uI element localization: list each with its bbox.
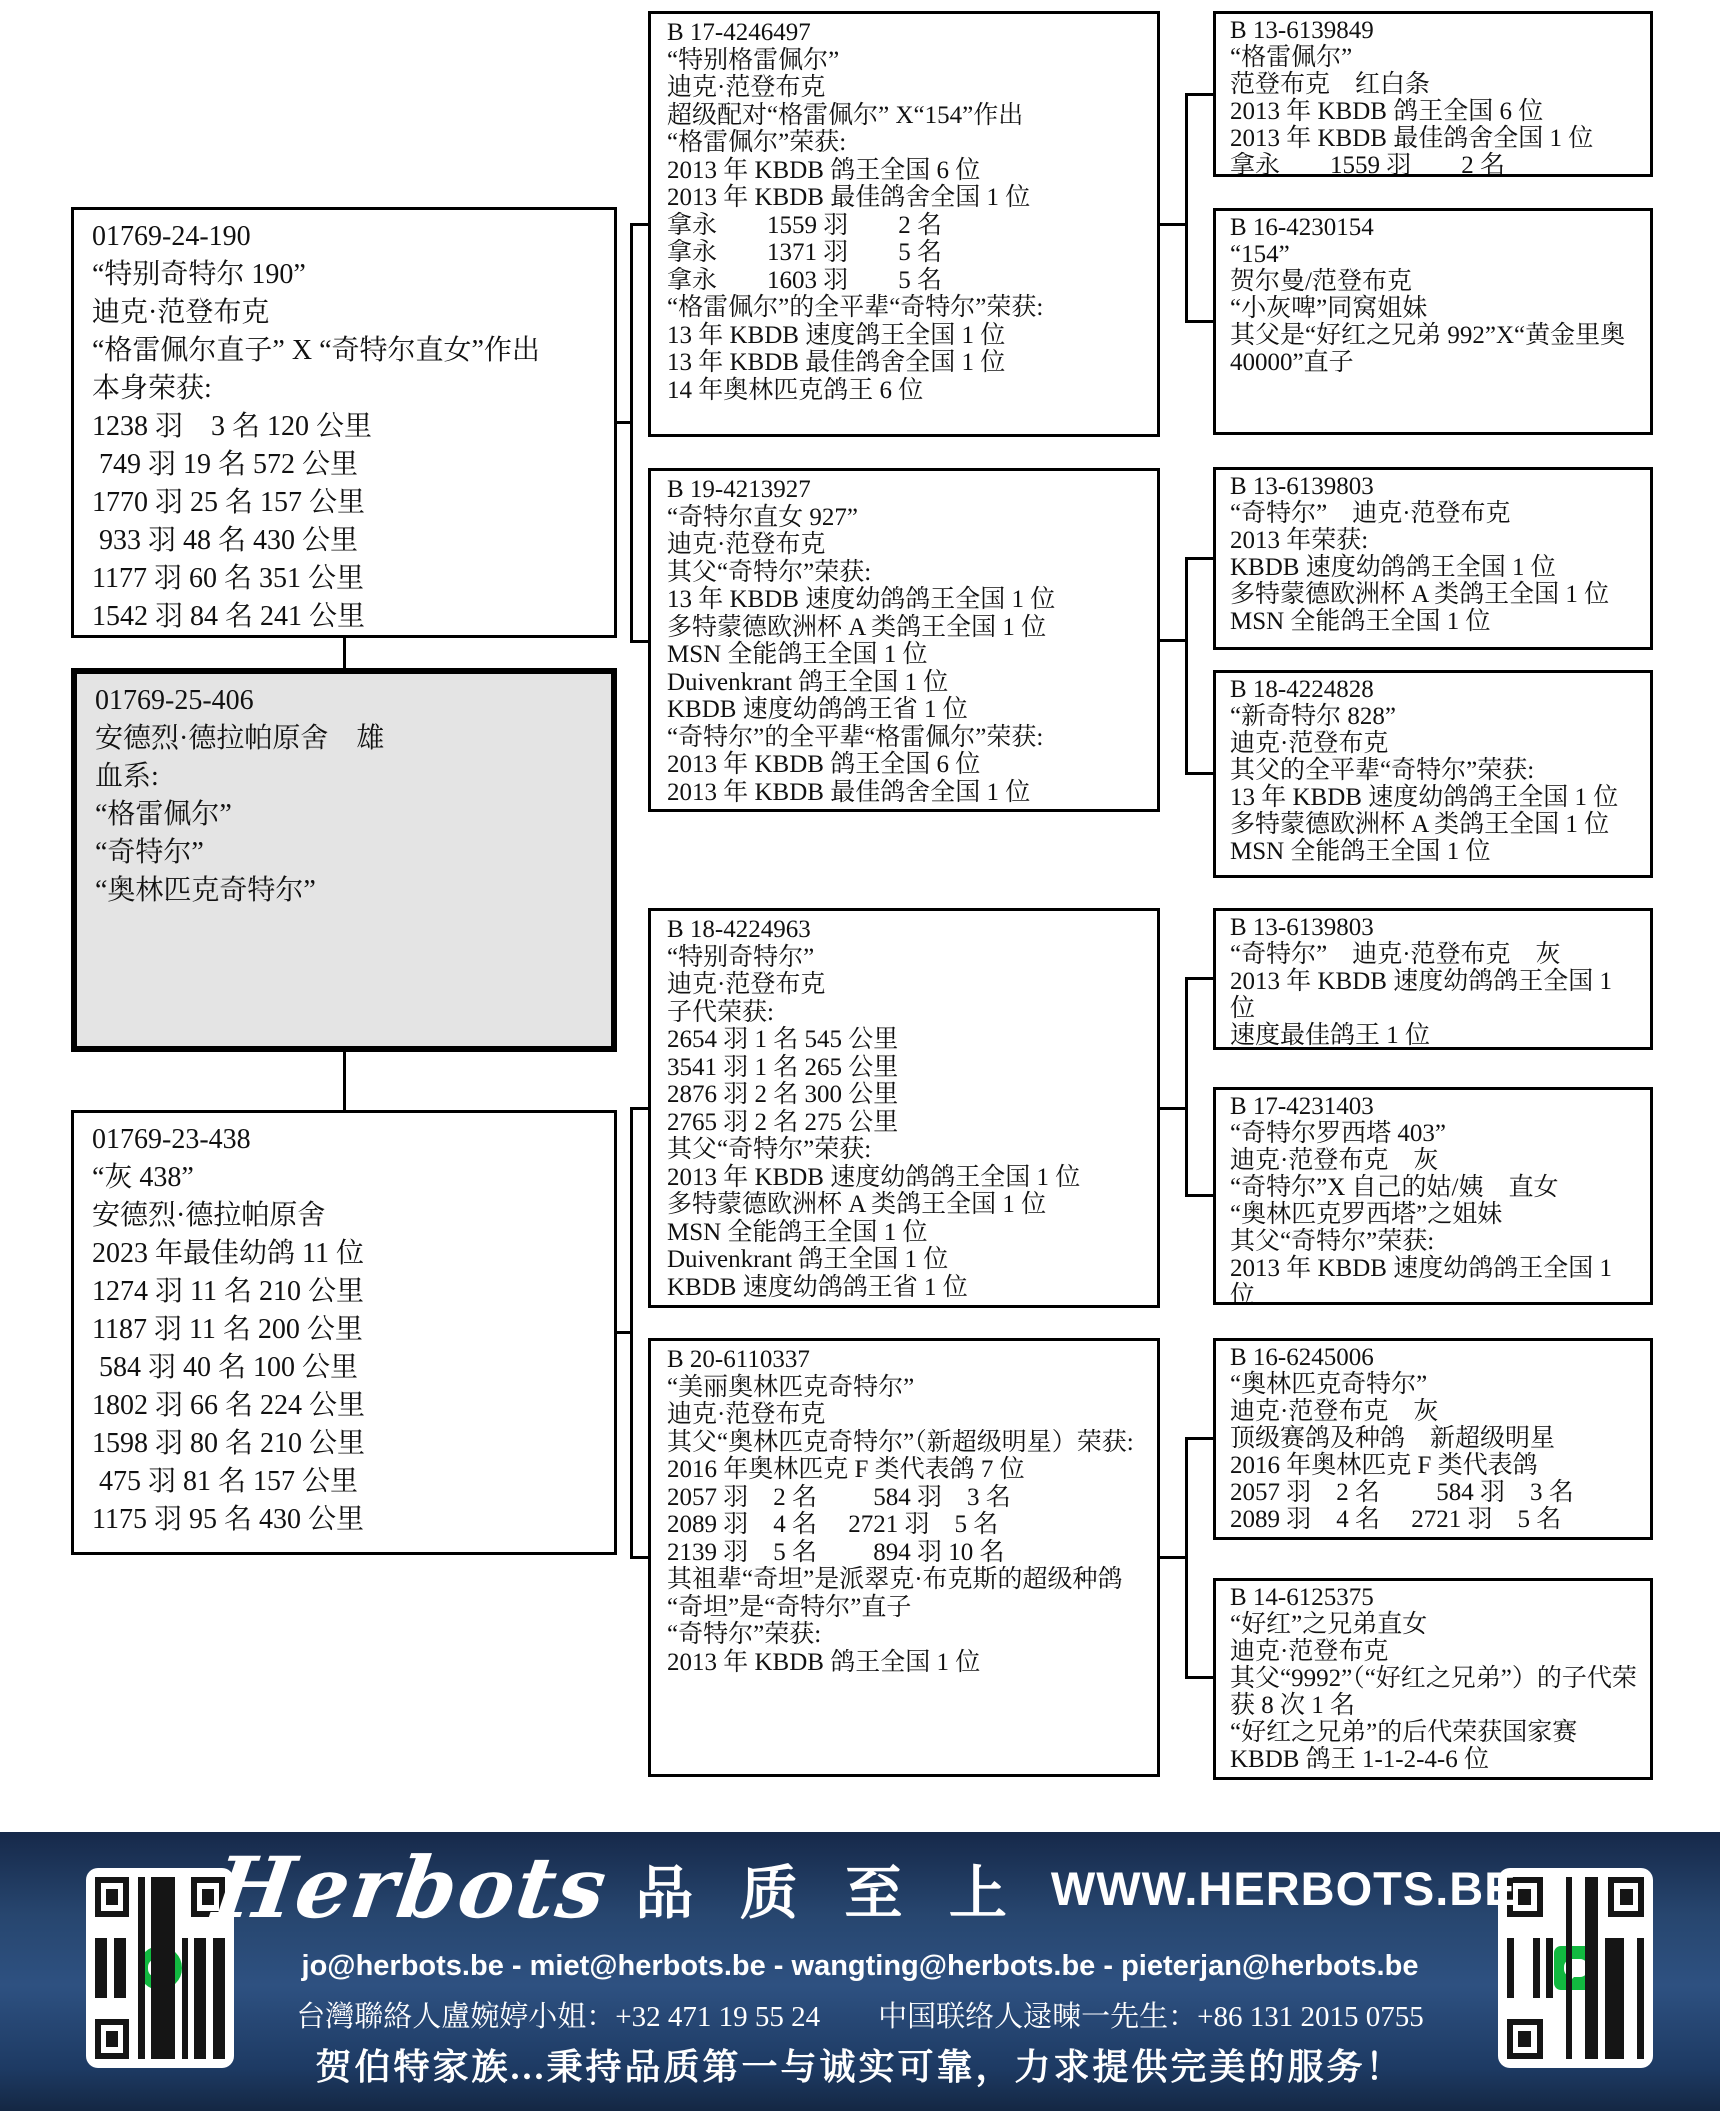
box-text: B 13-6139803 “奇特尔” 迪克·范登布克 灰 2013 年 KBDB…	[1216, 911, 1650, 1050]
box-dam-01769-23-438: 01769-23-438 “灰 438” 安德烈·德拉帕原舍 2023 年最佳幼…	[71, 1110, 617, 1555]
box-subject-01769-25-406: 01769-25-406 安德烈·德拉帕原舍 雄 血系: “格雷佩尔” “奇特尔…	[71, 668, 617, 1052]
box-text: B 20-6110337 “美丽奥林匹克奇特尔” 迪克·范登布克 其父“奥林匹克…	[651, 1341, 1157, 1680]
herbots-logo: Herbots	[210, 1846, 614, 1930]
connector-line	[1185, 977, 1188, 1197]
connector-line	[1185, 977, 1213, 980]
qr-finder-icon	[1507, 2019, 1543, 2059]
connector-line	[1160, 639, 1187, 642]
box-granddam-b19-4213927: B 19-4213927 “奇特尔直女 927” 迪克·范登布克 其父“奇特尔”…	[648, 468, 1160, 812]
box-text: 01769-24-190 “特别奇特尔 190” 迪克·范登布克 “格雷佩尔直子…	[74, 210, 614, 638]
connector-line	[1160, 1556, 1187, 1559]
website-url: WWW.HERBOTS.BE	[1051, 1861, 1517, 1916]
connector-line	[1185, 772, 1213, 775]
box-text: B 17-4246497 “特别格雷佩尔” 迪克·范登布克 超级配对“格雷佩尔”…	[651, 14, 1157, 408]
box-grandsire-b18-4224963: B 18-4224963 “特别奇特尔” 迪克·范登布克 子代荣获: 2654 …	[648, 908, 1160, 1308]
connector-line	[1185, 93, 1213, 96]
qr-code-line	[86, 1868, 234, 2068]
box-text: B 14-6125375 “好红”之兄弟直女 迪克·范登布克 其父“9992”（…	[1216, 1581, 1650, 1776]
connector-line	[1185, 1676, 1213, 1679]
connector-line	[630, 1107, 633, 1559]
box-ggp-b17-4231403: B 17-4231403 “奇特尔罗西塔 403” 迪克·范登布克 灰 “奇特尔…	[1213, 1087, 1653, 1305]
box-text: B 16-6245006 “奥林匹克奇特尔” 迪克·范登布克 灰 顶级赛鸽及种鸽…	[1216, 1341, 1650, 1536]
qr-finder-icon	[95, 2019, 129, 2059]
connector-line	[630, 223, 648, 226]
box-ggp-b18-4224828: B 18-4224828 “新奇特尔 828” 迪克·范登布克 其父的全平辈“奇…	[1213, 670, 1653, 878]
box-granddam-b20-6110337: B 20-6110337 “美丽奥林匹克奇特尔” 迪克·范登布克 其父“奥林匹克…	[648, 1338, 1160, 1777]
connector-line	[630, 1107, 648, 1110]
connector-line	[1185, 557, 1213, 560]
connector-line	[1185, 1437, 1188, 1679]
box-text: B 13-6139803 “奇特尔” 迪克·范登布克 2013 年荣获: KBD…	[1216, 470, 1650, 638]
box-text: B 19-4213927 “奇特尔直女 927” 迪克·范登布克 其父“奇特尔”…	[651, 471, 1157, 810]
box-text: 01769-25-406 安德烈·德拉帕原舍 雄 血系: “格雷佩尔” “奇特尔…	[77, 674, 611, 916]
box-text: B 18-4224963 “特别奇特尔” 迪克·范登布克 子代荣获: 2654 …	[651, 911, 1157, 1305]
box-sire-01769-24-190: 01769-24-190 “特别奇特尔 190” 迪克·范登布克 “格雷佩尔直子…	[71, 207, 617, 638]
qr-finder-icon	[1608, 1877, 1644, 1917]
connector-line	[343, 638, 346, 668]
box-text: B 13-6139849 “格雷佩尔” 范登布克 红白条 2013 年 KBDB…	[1216, 14, 1650, 177]
connector-line	[630, 1556, 648, 1559]
tagline: 贺伯特家族...秉持品质第一与诚实可靠，力求提供完美的服务！	[255, 2039, 1465, 2090]
box-text: B 16-4230154 “154” 贺尔曼/范登布克 “小灰啤”同窝姐妹 其父…	[1216, 211, 1650, 379]
connector-line	[1160, 1107, 1187, 1110]
connector-line	[343, 1052, 346, 1110]
qr-finder-icon	[95, 1877, 129, 1917]
qr-modules	[1507, 1877, 1644, 2059]
box-ggp-b13-6139849: B 13-6139849 “格雷佩尔” 范登布克 红白条 2013 年 KBDB…	[1213, 11, 1653, 177]
contact-persons: 台灣聯絡人盧婉婷小姐：+32 471 19 55 24 中国联络人逯暕一先生：+…	[255, 1994, 1465, 2035]
box-ggp-b16-6245006: B 16-6245006 “奥林匹克奇特尔” 迪克·范登布克 灰 顶级赛鸽及种鸽…	[1213, 1338, 1653, 1540]
pedigree-chart: 01769-24-190 “特别奇特尔 190” 迪克·范登布克 “格雷佩尔直子…	[0, 0, 1720, 2111]
box-ggp-b14-6125375: B 14-6125375 “好红”之兄弟直女 迪克·范登布克 其父“9992”（…	[1213, 1578, 1653, 1780]
box-text: B 18-4224828 “新奇特尔 828” 迪克·范登布克 其父的全平辈“奇…	[1216, 673, 1650, 868]
slogan-cn: 品 质 至 上	[635, 1846, 1023, 1930]
box-ggp-b13-6139803-a: B 13-6139803 “奇特尔” 迪克·范登布克 2013 年荣获: KBD…	[1213, 467, 1653, 650]
email-addresses: jo@herbots.be - miet@herbots.be - wangti…	[255, 1950, 1465, 1983]
qr-code-wechat	[1498, 1868, 1653, 2068]
box-text: B 17-4231403 “奇特尔罗西塔 403” 迪克·范登布克 灰 “奇特尔…	[1216, 1090, 1650, 1305]
connector-line	[1185, 93, 1188, 323]
qr-modules	[95, 1877, 225, 2059]
connector-line	[1185, 320, 1213, 323]
box-ggp-b16-4230154: B 16-4230154 “154” 贺尔曼/范登布克 “小灰啤”同窝姐妹 其父…	[1213, 208, 1653, 435]
footer-banner: Herbots 品 质 至 上 WWW.HERBOTS.BE jo@herbot…	[0, 1832, 1720, 2111]
connector-line	[1160, 223, 1187, 226]
box-text: 01769-23-438 “灰 438” 安德烈·德拉帕原舍 2023 年最佳幼…	[74, 1113, 614, 1545]
box-ggp-b13-6139803-b: B 13-6139803 “奇特尔” 迪克·范登布克 灰 2013 年 KBDB…	[1213, 908, 1653, 1050]
connector-line	[630, 223, 633, 643]
connector-line	[1185, 1194, 1213, 1197]
box-grandsire-b17-4246497: B 17-4246497 “特别格雷佩尔” 迪克·范登布克 超级配对“格雷佩尔”…	[648, 11, 1160, 437]
connector-line	[1185, 557, 1188, 775]
connector-line	[630, 640, 648, 643]
connector-line	[1185, 1437, 1213, 1440]
brand-row: Herbots 品 质 至 上 WWW.HERBOTS.BE	[255, 1846, 1465, 1930]
